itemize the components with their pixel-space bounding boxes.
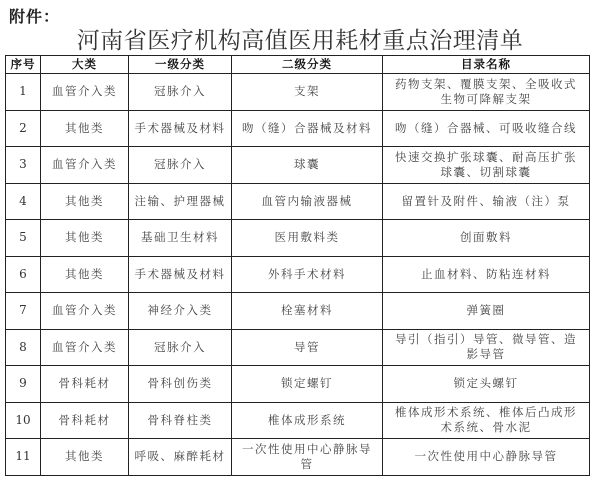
table-row: 3 血管介入类 冠脉介入 球囊 快速交换扩张球囊、耐高压扩张球囊、切割球囊 [6,147,590,184]
cell-level2: 锁定螺钉 [232,366,383,403]
header-index: 序号 [6,56,41,74]
cell-index: 7 [6,293,41,330]
cell-major: 血管介入类 [41,147,129,184]
cell-index: 2 [6,110,41,147]
cell-major: 骨科耗材 [41,402,129,439]
cell-level2: 支架 [232,74,383,111]
cell-catalog: 一次性使用中心静脉导管 [383,439,590,476]
cell-index: 8 [6,329,41,366]
cell-catalog: 导引（指引）导管、微导管、造影导管 [383,329,590,366]
cell-major: 其他类 [41,256,129,293]
cell-level2: 一次性使用中心静脉导管 [232,439,383,476]
document-title: 河南省医疗机构高值医用耗材重点治理清单 [0,27,600,55]
table-row: 5 其他类 基础卫生材料 医用敷料类 创面敷料 [6,220,590,257]
cell-level2: 外科手术材料 [232,256,383,293]
consumables-table: 序号 大类 一级分类 二级分类 目录名称 1 血管介入类 冠脉介入 支架 药物支… [5,55,590,476]
cell-level1: 冠脉介入 [129,74,232,111]
header-major-category: 大类 [41,56,129,74]
table-row: 9 骨科耗材 骨科创伤类 锁定螺钉 锁定头螺钉 [6,366,590,403]
table-row: 11 其他类 呼吸、麻醉耗材 一次性使用中心静脉导管 一次性使用中心静脉导管 [6,439,590,476]
table-row: 4 其他类 注输、护理器械 血管内输液器械 留置针及附件、输液（注）泵 [6,183,590,220]
header-catalog-name: 目录名称 [383,56,590,74]
header-level1-category: 一级分类 [129,56,232,74]
cell-index: 4 [6,183,41,220]
table-row: 10 骨科耗材 骨科脊柱类 椎体成形系统 椎体成形术系统、椎体后凸成形术系统、骨… [6,402,590,439]
cell-index: 1 [6,74,41,111]
cell-index: 9 [6,366,41,403]
cell-catalog: 弹簧圈 [383,293,590,330]
table-row: 8 血管介入类 冠脉介入 导管 导引（指引）导管、微导管、造影导管 [6,329,590,366]
cell-major: 血管介入类 [41,74,129,111]
cell-index: 5 [6,220,41,257]
cell-level1: 冠脉介入 [129,147,232,184]
cell-catalog: 药物支架、覆膜支架、全吸收式生物可降解支架 [383,74,590,111]
cell-level1: 注输、护理器械 [129,183,232,220]
table-row: 1 血管介入类 冠脉介入 支架 药物支架、覆膜支架、全吸收式生物可降解支架 [6,74,590,111]
cell-major: 血管介入类 [41,329,129,366]
cell-major: 其他类 [41,183,129,220]
table-row: 7 血管介入类 神经介入类 栓塞材料 弹簧圈 [6,293,590,330]
table-row: 2 其他类 手术器械及材料 吻（缝）合器械及材料 吻（缝）合器械、可吸收缝合线 [6,110,590,147]
cell-level2: 医用敷料类 [232,220,383,257]
attachment-label: 附件： [9,4,60,27]
cell-level2: 栓塞材料 [232,293,383,330]
cell-catalog: 留置针及附件、输液（注）泵 [383,183,590,220]
cell-level2: 血管内输液器械 [232,183,383,220]
cell-level1: 骨科创伤类 [129,366,232,403]
cell-index: 3 [6,147,41,184]
cell-catalog: 椎体成形术系统、椎体后凸成形术系统、骨水泥 [383,402,590,439]
cell-index: 6 [6,256,41,293]
table-header-row: 序号 大类 一级分类 二级分类 目录名称 [6,56,590,74]
cell-catalog: 止血材料、防粘连材料 [383,256,590,293]
cell-level1: 手术器械及材料 [129,256,232,293]
cell-level1: 手术器械及材料 [129,110,232,147]
header-level2-category: 二级分类 [232,56,383,74]
cell-level1: 神经介入类 [129,293,232,330]
cell-level2: 吻（缝）合器械及材料 [232,110,383,147]
table-row: 6 其他类 手术器械及材料 外科手术材料 止血材料、防粘连材料 [6,256,590,293]
cell-major: 其他类 [41,220,129,257]
cell-level1: 骨科脊柱类 [129,402,232,439]
cell-major: 血管介入类 [41,293,129,330]
cell-level2: 导管 [232,329,383,366]
cell-catalog: 吻（缝）合器械、可吸收缝合线 [383,110,590,147]
cell-level2: 椎体成形系统 [232,402,383,439]
cell-level2: 球囊 [232,147,383,184]
cell-index: 10 [6,402,41,439]
cell-major: 其他类 [41,439,129,476]
cell-catalog: 快速交换扩张球囊、耐高压扩张球囊、切割球囊 [383,147,590,184]
cell-level1: 呼吸、麻醉耗材 [129,439,232,476]
cell-level1: 基础卫生材料 [129,220,232,257]
cell-major: 其他类 [41,110,129,147]
cell-major: 骨科耗材 [41,366,129,403]
cell-index: 11 [6,439,41,476]
cell-catalog: 锁定头螺钉 [383,366,590,403]
cell-catalog: 创面敷料 [383,220,590,257]
cell-level1: 冠脉介入 [129,329,232,366]
